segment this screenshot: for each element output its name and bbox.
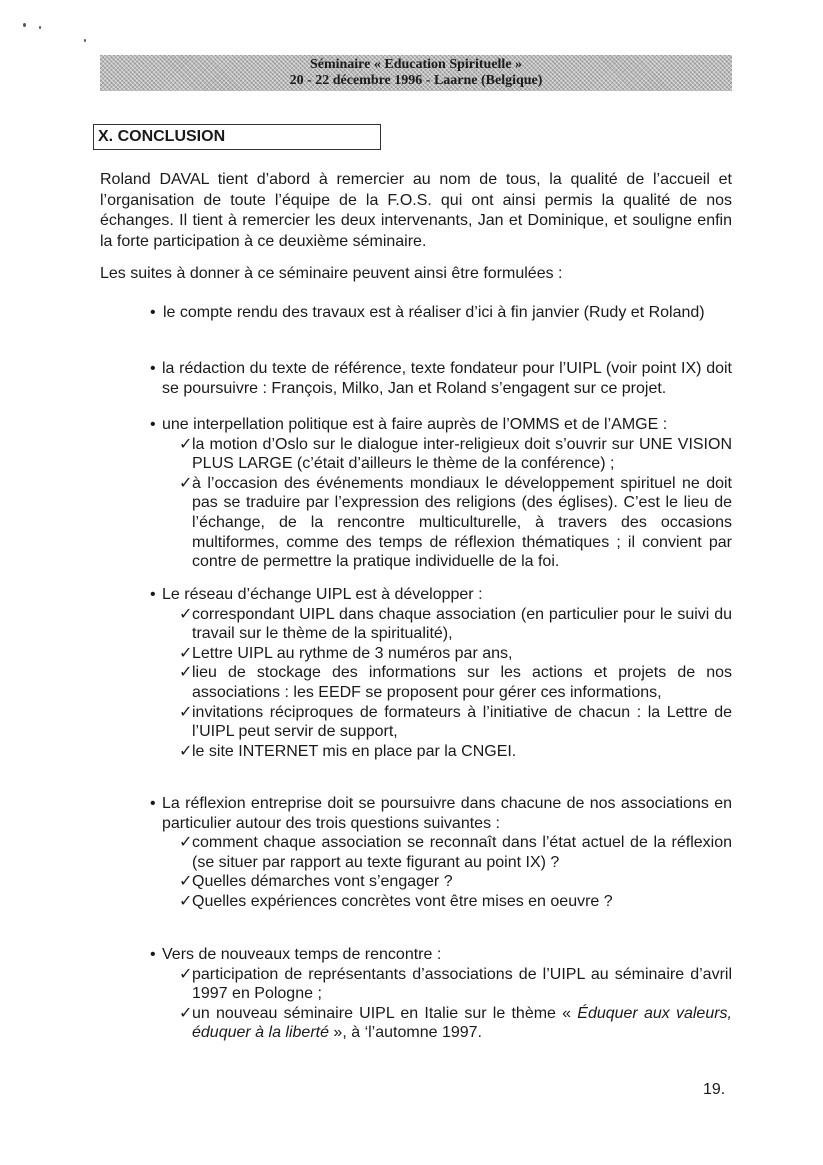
bullet-icon: • <box>150 945 156 965</box>
check-icon: ✓ <box>179 663 192 683</box>
sub-item-text: Lettre UIPL au rythme de 3 numéros par a… <box>192 645 512 662</box>
bullet-icon: • <box>150 303 156 323</box>
sub-item-text: le site INTERNET mis en place par la CNG… <box>192 743 516 760</box>
sub-item: ✓ un nouveau séminaire UIPL en Italie su… <box>150 1004 732 1043</box>
bullet-item: • La réflexion entreprise doit se poursu… <box>150 794 732 912</box>
sub-item: ✓ Quelles démarches vont s’engager ? <box>150 872 732 892</box>
bullet-text: La réflexion entreprise doit se poursuiv… <box>162 795 732 832</box>
sub-item: ✓ lieu de stockage des informations sur … <box>150 663 732 702</box>
scan-speck <box>84 39 86 42</box>
sub-item: ✓ correspondant UIPL dans chaque associa… <box>150 605 732 644</box>
lead-paragraph: Les suites à donner à ce séminaire peuve… <box>100 264 732 285</box>
check-icon: ✓ <box>179 965 192 985</box>
sub-item-text: invitations réciproques de formateurs à … <box>192 704 732 741</box>
banner-date-location: 20 - 22 décembre 1996 - Laarne (Belgique… <box>100 73 732 89</box>
sub-item: ✓ le site INTERNET mis en place par la C… <box>150 742 732 762</box>
sub-item-text: Quelles démarches vont s’engager ? <box>192 873 453 890</box>
sub-item-text: lieu de stockage des informations sur le… <box>192 664 732 701</box>
bullet-icon: • <box>150 415 156 435</box>
sub-item-text: comment chaque association se reconnaît … <box>192 834 732 871</box>
check-icon: ✓ <box>179 703 192 723</box>
check-icon: ✓ <box>179 644 192 664</box>
bullet-text: Le réseau d’échange UIPL est à développe… <box>162 586 483 603</box>
bullet-text: la rédaction du texte de référence, text… <box>162 360 732 397</box>
sub-item-text: correspondant UIPL dans chaque associati… <box>192 606 732 643</box>
bullet-icon: • <box>150 359 156 379</box>
bullet-item: • la rédaction du texte de référence, te… <box>150 359 732 398</box>
check-icon: ✓ <box>179 1004 192 1024</box>
bullet-text: Vers de nouveaux temps de rencontre : <box>162 946 441 963</box>
bullet-icon: • <box>150 794 156 814</box>
sub-item: ✓ comment chaque association se reconnaî… <box>150 833 732 872</box>
check-icon: ✓ <box>179 892 192 912</box>
scan-speck <box>23 23 26 27</box>
header-banner: Séminaire « Education Spirituelle » 20 -… <box>100 55 732 91</box>
sub-item-text: participation de représentants d’associa… <box>192 966 732 1003</box>
bullet-item: • Vers de nouveaux temps de rencontre : … <box>150 945 732 1043</box>
page-number: 19. <box>703 1081 725 1099</box>
bullet-text: une interpellation politique est à faire… <box>162 416 667 433</box>
sub-item: ✓ invitations réciproques de formateurs … <box>150 703 732 742</box>
sub-item: ✓ Lettre UIPL au rythme de 3 numéros par… <box>150 644 732 664</box>
banner-title: Séminaire « Education Spirituelle » <box>100 57 732 73</box>
bullet-item: • le compte rendu des travaux est à réal… <box>150 303 732 323</box>
sub-item: ✓ participation de représentants d’assoc… <box>150 965 732 1004</box>
sub-item: ✓ Quelles expériences concrètes vont êtr… <box>150 892 732 912</box>
check-icon: ✓ <box>179 872 192 892</box>
sub-item-text: la motion d’Oslo sur le dialogue inter-r… <box>192 436 732 473</box>
bullet-icon: • <box>150 585 156 605</box>
sub-item-text: à l’occasion des événements mondiaux le … <box>192 475 732 570</box>
sub-item: ✓ la motion d’Oslo sur le dialogue inter… <box>150 435 732 474</box>
bullet-item: • une interpellation politique est à fai… <box>150 415 732 572</box>
check-icon: ✓ <box>179 435 192 455</box>
bullet-text: le compte rendu des travaux est à réalis… <box>163 304 705 321</box>
check-icon: ✓ <box>179 833 192 853</box>
sub-item-text: Quelles expériences concrètes vont être … <box>192 893 613 910</box>
bullet-item: • Le réseau d’échange UIPL est à dévelop… <box>150 585 732 761</box>
section-heading: X. CONCLUSION <box>93 124 381 150</box>
scan-speck <box>39 26 41 29</box>
intro-paragraph: Roland DAVAL tient d’abord à remercier a… <box>100 170 732 252</box>
sub-item: ✓ à l’occasion des événements mondiaux l… <box>150 474 732 572</box>
check-icon: ✓ <box>179 474 192 494</box>
sub-item-text-after: », à ‘l’automne 1997. <box>329 1024 482 1041</box>
check-icon: ✓ <box>179 742 192 762</box>
sub-item-text-before: un nouveau séminaire UIPL en Italie sur … <box>192 1005 577 1022</box>
check-icon: ✓ <box>179 605 192 625</box>
